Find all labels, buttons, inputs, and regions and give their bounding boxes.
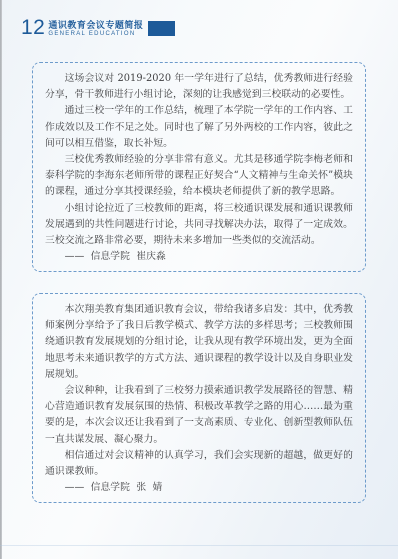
page-number: 12 bbox=[21, 18, 45, 38]
quote-paragraph: 通过三校一学年的工作总结，梳理了本学院一学年的工作内容、工作成效以及工作不足之处… bbox=[45, 103, 353, 152]
page-header: 12 通识教育会议专题简报 GENERAL EDUCATION bbox=[21, 18, 175, 38]
document-page: 12 通识教育会议专题简报 GENERAL EDUCATION 这场会议对 20… bbox=[0, 0, 398, 559]
header-accent-bar bbox=[148, 21, 175, 36]
header-titles: 通识教育会议专题简报 GENERAL EDUCATION bbox=[48, 20, 143, 38]
header-title-cn: 通识教育会议专题简报 bbox=[48, 20, 143, 30]
quote-attribution: —— 信息学院 崔庆淼 bbox=[45, 249, 353, 265]
quote-paragraph: 相信通过对会议精神的认真学习，我们会实现新的超越，做更好的通识课教师。 bbox=[45, 448, 353, 480]
quote-attribution: —— 信息学院 张 婧 bbox=[45, 480, 353, 496]
quote-paragraph: 会议种种，让我看到了三校努力摸索通识教学发展路径的智慧、精心营造通识教育发展氛围… bbox=[45, 383, 353, 448]
scan-edge-strip bbox=[0, 0, 2, 559]
quote-paragraph: 三校优秀教师经验的分享非常有意义。尤其是移通学院李梅老师和泰科学院的李海东老师所… bbox=[45, 152, 353, 201]
quote-paragraph: 这场会议对 2019-2020 年一学年进行了总结，优秀教师进行经验分享，骨干教… bbox=[45, 71, 353, 103]
quote-paragraph: 小组讨论拉近了三校教师的距离，将三校通识课发展和通识课教师发展遇到的共性问题进行… bbox=[45, 201, 353, 250]
page-bottom-edge bbox=[0, 545, 398, 546]
quote-paragraph: 本次翔美教育集团通识教育会议，带给我诸多启发：其中，优秀教师案例分享给予了我日后… bbox=[45, 302, 353, 383]
quote-box-2: 本次翔美教育集团通识教育会议，带给我诸多启发：其中，优秀教师案例分享给予了我日后… bbox=[32, 293, 366, 503]
quote-box-1: 这场会议对 2019-2020 年一学年进行了总结，优秀教师进行经验分享，骨干教… bbox=[32, 62, 366, 272]
header-title-en: GENERAL EDUCATION bbox=[48, 31, 143, 38]
